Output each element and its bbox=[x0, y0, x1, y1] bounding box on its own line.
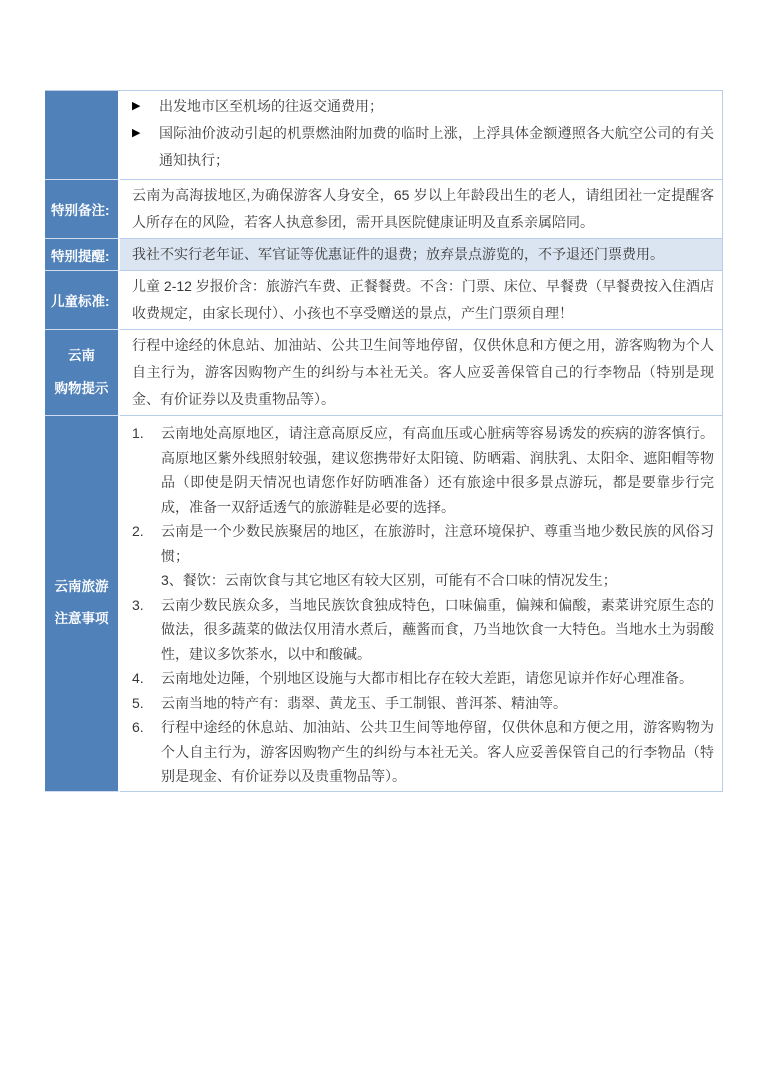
special-note-content: 云南为高海拔地区,为确保游客人身安全，65 岁以上年龄段出生的老人，请组团社一定… bbox=[120, 180, 723, 239]
row-label-empty bbox=[45, 91, 120, 180]
item-number: 4. bbox=[132, 666, 161, 691]
table-row-special-reminder: 特别提醒: 我社不实行老年证、军官证等优惠证件的退费；放弃景点游览的，不予退还门… bbox=[45, 239, 723, 271]
table-row-shopping-tips: 云南 购物提示 行程中途经的休息站、加油站、公共卫生间等地停留，仅供休息和方便之… bbox=[45, 330, 723, 416]
numbered-item: 1. 云南地处高原地区，请注意高原反应，有高血压或心脏病等容易诱发的疾病的游客慎… bbox=[132, 421, 714, 519]
numbered-item: 2. 云南是一个少数民族聚居的地区，在旅游时，注意环境保护、尊重当地少数民族的风… bbox=[132, 519, 714, 593]
row-label-text: 特别提醒: bbox=[51, 245, 110, 265]
table-row-travel-notes: 云南旅游 注意事项 1. 云南地处高原地区，请注意高原反应，有高血压或心脏病等容… bbox=[45, 416, 723, 792]
child-standard-content: 儿童 2-12 岁报价含：旅游汽车费、正餐餐费。不含：门票、床位、早餐费（早餐费… bbox=[120, 271, 723, 330]
item-text: 云南是一个少数民族聚居的地区，在旅游时，注意环境保护、尊重当地少数民族的风俗习惯… bbox=[161, 519, 714, 593]
row-label-text: 特别备注: bbox=[51, 199, 110, 219]
numbered-item: 6. 行程中途经的休息站、加油站、公共卫生间等地停留，仅供休息和方便之用，游客购… bbox=[132, 715, 714, 789]
numbered-item: 3. 云南少数民族众多，当地民族饮食独成特色，口味偏重，偏辣和偏酸，素菜讲究原生… bbox=[132, 593, 714, 667]
bullet-line: ▶ 国际油价波动引起的机票燃油附加费的临时上涨，上浮具体金额遵照各大航空公司的有… bbox=[132, 120, 714, 174]
numbered-item: 5. 云南当地的特产有：翡翠、黄龙玉、手工制银、普洱茶、精油等。 bbox=[132, 691, 714, 716]
item-text: 云南地处边陲，个别地区设施与大都市相比存在较大差距，请您见谅并作好心理准备。 bbox=[161, 666, 714, 691]
row-label-travel-notes: 云南旅游 注意事项 bbox=[45, 416, 120, 792]
fee-continuation-content: ▶ 出发地市区至机场的往返交通费用； ▶ 国际油价波动引起的机票燃油附加费的临时… bbox=[120, 91, 723, 180]
item-text: 云南地处高原地区，请注意高原反应，有高血压或心脏病等容易诱发的疾病的游客慎行。高… bbox=[161, 421, 714, 519]
item-number: 1. bbox=[132, 421, 161, 519]
bullet-text: 国际油价波动引起的机票燃油附加费的临时上涨，上浮具体金额遵照各大航空公司的有关通… bbox=[159, 120, 714, 174]
special-reminder-content: 我社不实行老年证、军官证等优惠证件的退费；放弃景点游览的，不予退还门票费用。 bbox=[120, 239, 723, 271]
item-text-sub: 3、餐饮：云南饮食与其它地区有较大区别，可能有不合口味的情况发生； bbox=[161, 572, 617, 588]
travel-notes-content: 1. 云南地处高原地区，请注意高原反应，有高血压或心脏病等容易诱发的疾病的游客慎… bbox=[120, 416, 723, 792]
bullet-line: ▶ 出发地市区至机场的往返交通费用； bbox=[132, 93, 714, 120]
item-text: 云南当地的特产有：翡翠、黄龙玉、手工制银、普洱茶、精油等。 bbox=[161, 691, 714, 716]
item-number: 6. bbox=[132, 715, 161, 789]
item-number: 2. bbox=[132, 519, 161, 593]
numbered-item: 4. 云南地处边陲，个别地区设施与大都市相比存在较大差距，请您见谅并作好心理准备… bbox=[132, 666, 714, 691]
row-label-text-line1: 云南旅游 bbox=[55, 571, 109, 603]
table-row-fee-continuation: ▶ 出发地市区至机场的往返交通费用； ▶ 国际油价波动引起的机票燃油附加费的临时… bbox=[45, 91, 723, 180]
row-label-text: 儿童标准: bbox=[51, 290, 110, 310]
table-row-child-standard: 儿童标准: 儿童 2-12 岁报价含：旅游汽车费、正餐餐费。不含：门票、床位、早… bbox=[45, 271, 723, 330]
bullet-text: 出发地市区至机场的往返交通费用； bbox=[159, 93, 714, 120]
table-row-special-note: 特别备注: 云南为高海拔地区,为确保游客人身安全，65 岁以上年龄段出生的老人，… bbox=[45, 180, 723, 239]
item-number: 5. bbox=[132, 691, 161, 716]
row-label-shopping-tips: 云南 购物提示 bbox=[45, 330, 120, 416]
row-label-text-line2: 注意事项 bbox=[55, 603, 109, 635]
row-label-text-line1: 云南 bbox=[68, 340, 95, 372]
item-text: 云南少数民族众多，当地民族饮食独成特色，口味偏重，偏辣和偏酸，素菜讲究原生态的做… bbox=[161, 593, 714, 667]
travel-notes-table: ▶ 出发地市区至机场的往返交通费用； ▶ 国际油价波动引起的机票燃油附加费的临时… bbox=[45, 90, 723, 792]
triangle-bullet-icon: ▶ bbox=[132, 93, 159, 120]
shopping-tips-content: 行程中途经的休息站、加油站、公共卫生间等地停留，仅供休息和方便之用，游客购物为个… bbox=[120, 330, 723, 416]
row-label-special-note: 特别备注: bbox=[45, 180, 120, 239]
row-label-text-line2: 购物提示 bbox=[55, 373, 109, 405]
row-label-special-reminder: 特别提醒: bbox=[45, 239, 120, 271]
row-label-child-standard: 儿童标准: bbox=[45, 271, 120, 330]
item-number: 3. bbox=[132, 593, 161, 667]
triangle-bullet-icon: ▶ bbox=[132, 120, 159, 174]
item-text-main: 云南是一个少数民族聚居的地区，在旅游时，注意环境保护、尊重当地少数民族的风俗习惯… bbox=[161, 523, 714, 564]
item-text: 行程中途经的休息站、加油站、公共卫生间等地停留，仅供休息和方便之用，游客购物为个… bbox=[161, 715, 714, 789]
